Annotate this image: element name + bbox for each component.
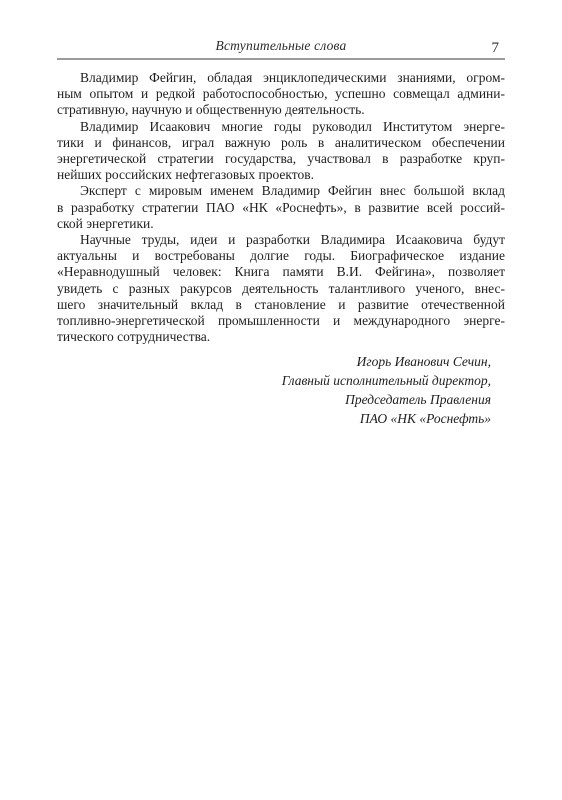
signature-line: ПАО «НК «Роснефть» xyxy=(57,409,491,428)
paragraph: Владимир Исаакович многие годы руководил… xyxy=(57,119,505,184)
paragraph-line: стративную, научную и общественную деяте… xyxy=(57,102,505,118)
signature-line: Главный исполнительный директор, xyxy=(57,371,491,390)
paragraph-line: актуальны и востребованы долгие годы. Би… xyxy=(57,248,505,264)
paragraph-line: тического сотрудничества. xyxy=(57,329,505,345)
paragraph-line: «Неравнодушный человек: Книга памяти В.И… xyxy=(57,264,505,280)
paragraph: Научные труды, идеи и разработки Владими… xyxy=(57,232,505,345)
page-body: Владимир Фейгин, обладая энциклопедическ… xyxy=(57,70,505,345)
paragraph-line: Эксперт с мировым именем Владимир Фейгин… xyxy=(57,183,505,199)
paragraph: Эксперт с мировым именем Владимир Фейгин… xyxy=(57,183,505,232)
signature-line: Председатель Правления xyxy=(57,390,491,409)
paragraph-line: энергетической стратегии государства, уч… xyxy=(57,151,505,167)
book-page: Вступительные слова 7 Владимир Фейгин, о… xyxy=(0,0,562,800)
paragraph-line: шего значительный вклад в становление и … xyxy=(57,297,505,313)
paragraph-line: Владимир Исаакович многие годы руководил… xyxy=(57,119,505,135)
paragraph-line: ской энергетики. xyxy=(57,216,505,232)
paragraph-line: в разработку стратегии ПАО «НК «Роснефть… xyxy=(57,200,505,216)
paragraph-line: Научные труды, идеи и разработки Владими… xyxy=(57,232,505,248)
paragraph-line: ным опытом и редкой работоспособностью, … xyxy=(57,86,505,102)
paragraph-line: тики и финансов, играл важную роль в ана… xyxy=(57,135,505,151)
paragraph-line: увидеть с разных ракурсов деятельность т… xyxy=(57,281,505,297)
header-rule-divider xyxy=(57,58,505,60)
paragraph-line: Владимир Фейгин, обладая энциклопедическ… xyxy=(57,70,505,86)
running-header-title: Вступительные слова xyxy=(57,37,505,55)
paragraph-line: нейших российских нефтегазовых проектов. xyxy=(57,167,505,183)
page-number: 7 xyxy=(492,39,500,57)
running-header: Вступительные слова 7 xyxy=(57,37,505,55)
signature-line: Игорь Иванович Сечин, xyxy=(57,352,491,371)
signature-block: Игорь Иванович Сечин,Главный исполнитель… xyxy=(57,352,505,428)
paragraph: Владимир Фейгин, обладая энциклопедическ… xyxy=(57,70,505,119)
paragraph-line: топливно-энергетической промышленности и… xyxy=(57,313,505,329)
